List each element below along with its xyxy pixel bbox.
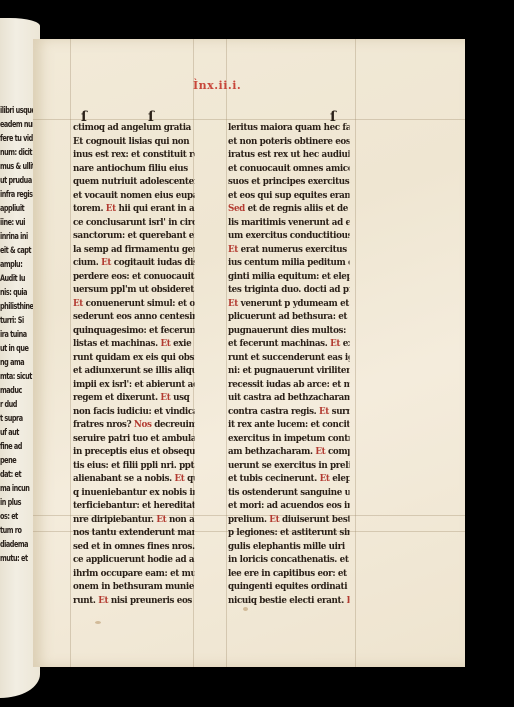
text-line: pugnauerunt dies multos:	[228, 324, 349, 338]
text-line: et fecerunt machinas. Et exie	[228, 337, 349, 351]
text-line: listas et machinas. Et exie	[73, 337, 194, 351]
text-line: seruire patri tuo et ambulare	[73, 432, 194, 446]
facing-page-line: fere tu vid	[0, 132, 30, 146]
facing-page-line: amplu:	[0, 258, 30, 272]
text-line: q inueniebantur ex nobis in	[73, 486, 194, 500]
text-line: Et erat numerus exercitus e	[228, 243, 349, 257]
text-line: ce conclusarunt isrl' in circuitu	[73, 216, 194, 230]
facing-page-line: dat: et	[0, 468, 30, 482]
text-line: p legiones: et astiterunt sin	[228, 526, 349, 540]
ruling-line	[33, 119, 465, 120]
text-line: ni: et pugnauerunt viriliter. Et	[228, 364, 349, 378]
text-line: in loricis concathenatis. et ga	[228, 553, 349, 567]
text-line: ctimoq ad angelum gratia	[73, 121, 194, 135]
facing-page-line: ut in que	[0, 342, 30, 356]
text-line: ginti milia equitum: et elephan	[228, 270, 349, 284]
text-line: Et conuenerunt simul: et ob	[73, 297, 194, 311]
text-line: et vocauit nomen eius eupa	[73, 189, 194, 203]
rubricated-initial: Et	[269, 514, 279, 525]
facing-page-line: uf aut	[0, 426, 30, 440]
rubricated-initial: Et	[156, 514, 166, 525]
rubricated-initial: Et	[228, 298, 238, 309]
text-column-left: ſ ſ ctimoq ad angelum gratiaEt cognouit …	[73, 121, 205, 607]
text-line: impii ex isrl': et abierunt ad	[73, 378, 194, 392]
text-line: plicuerunt ad bethsura: et	[228, 310, 349, 324]
text-line: nre diripiebantur. Et non ad	[73, 513, 194, 527]
text-line: quinquagesimo: et fecerunt ba	[73, 324, 194, 338]
facing-page-line: iine: vui	[0, 216, 30, 230]
text-line: perdere eos: et conuocauit uni	[73, 270, 194, 284]
text-line: inus est rex: et constituit reg	[73, 148, 194, 162]
facing-page-line: eadem nun	[0, 118, 30, 132]
text-line: et eos qui sup equites erant.	[228, 189, 349, 203]
text-line: quem nutriuit adolescentem:	[73, 175, 194, 189]
facing-page-line: ira tuina	[0, 328, 30, 342]
text-line: et tubis cecinerunt. Et elephan	[228, 472, 349, 486]
manuscript-leaf: Ìnx.ii.i. ſ ſ ctimoq ad angelum gratiaEt…	[33, 39, 465, 667]
facing-page-line: mus & ullit	[0, 160, 30, 174]
facing-page-line: in plus	[0, 496, 30, 510]
facing-page-line: infra regis	[0, 188, 30, 202]
text-line: ius centum milia peditum et vi	[228, 256, 349, 270]
facing-page-line: num: dicit	[0, 146, 30, 160]
facing-page-line: ilibri usque	[0, 104, 30, 118]
text-line: ihrlm occupare eam: et munit	[73, 567, 194, 581]
text-line: suos et principes exercitus sui:	[228, 175, 349, 189]
text-line: terficiebantur: et hereditates	[73, 499, 194, 513]
facing-page-line: mta: sicut	[0, 370, 30, 384]
facing-page-line: mutu: et	[0, 552, 30, 564]
rubricated-initial: Et	[73, 298, 83, 309]
text-line: runt et succenderunt eas ig	[228, 351, 349, 365]
text-line: Sed et de regnis aliis et de insu	[228, 202, 349, 216]
text-line: torem. Et hii qui erant in ar	[73, 202, 194, 216]
rubricated-initial: Et	[228, 244, 238, 255]
text-line: non facis iudiciu: et vindicas	[73, 405, 194, 419]
text-line: lee ere in capitibus eor: et	[228, 567, 349, 581]
text-line: cium. Et cogitauit iudas dis	[73, 256, 194, 270]
text-line: tis ostenderunt sanguine uue	[228, 486, 349, 500]
facing-page-line: fine ad	[0, 440, 30, 454]
rubricated-initial: Sed	[228, 203, 245, 214]
text-line: uerunt se exercitus in prelium:	[228, 459, 349, 473]
text-line: onem in bethsuram munie	[73, 580, 194, 594]
rubricated-initial: Et	[106, 203, 116, 214]
running-head: Ìnx.ii.i.	[193, 79, 241, 92]
rubricated-initial: Et	[319, 406, 329, 417]
text-line: contra castra regis. Et surrex	[228, 405, 349, 419]
rubricated-initial: Hii	[347, 595, 350, 606]
text-line: regem et dixerunt. Et usq	[73, 391, 194, 405]
ruling-line	[226, 39, 227, 667]
text-line: runt quidam ex eis qui obsidebant:	[73, 351, 194, 365]
text-line: exercitus in impetum contra vi	[228, 432, 349, 446]
rubricated-initial: Et	[101, 257, 111, 268]
text-line: alienabant se a nobis. Et quicu	[73, 472, 194, 486]
text-line: nicuiq bestie electi erant. Hii	[228, 594, 349, 608]
facing-page-line: pene	[0, 454, 30, 468]
rubricated-initial: Et	[315, 446, 325, 457]
text-line: prelium. Et diuiserunt bestias	[228, 513, 349, 527]
text-line: nos tantu extenderunt manu:	[73, 526, 194, 540]
text-line: lis maritimis venerunt ad eu	[228, 216, 349, 230]
text-line: ce applicuerunt hodie ad arce	[73, 553, 194, 567]
facing-page-line: appliuit	[0, 202, 30, 216]
rubricated-initial: Et	[320, 473, 330, 484]
rubricated-initial: Nos	[134, 419, 152, 430]
facing-page-line: eit & capt	[0, 244, 30, 258]
facing-page-line: tum ro	[0, 524, 30, 538]
text-line: sederunt eos anno centesimo	[73, 310, 194, 324]
facing-page-line: inrina ini	[0, 230, 30, 244]
text-line: et conuocauit omnes amicos	[228, 162, 349, 176]
text-line: tis eius: et filii ppli nri. ppter hec	[73, 459, 194, 473]
text-line: et non poteris obtinere eos. Et	[228, 135, 349, 149]
facing-page-line: diadema	[0, 538, 30, 552]
text-line: in preceptis eius et obsequi edic	[73, 445, 194, 459]
text-line: Et cognouit lisias qui non	[73, 135, 194, 149]
text-line: fratres nros? Nos decreuim'	[73, 418, 194, 432]
rubricated-initial: Et	[330, 338, 340, 349]
rubricated-initial: Et	[160, 338, 170, 349]
text-line: Et venerunt p ydumeam et ap	[228, 297, 349, 311]
text-line: iratus est rex ut hec audiuit:	[228, 148, 349, 162]
text-line: runt. Et nisi preuneris eos ce	[73, 594, 194, 608]
text-line: am bethzacharam. Et compara	[228, 445, 349, 459]
parchment-stain	[243, 607, 248, 611]
facing-page-line: turri: Si	[0, 314, 30, 328]
text-line: et adiunxerunt se illis aliqui	[73, 364, 194, 378]
text-line: it rex ante lucem: et concitauit	[228, 418, 349, 432]
text-line: la semp ad firmamentu gen	[73, 243, 194, 257]
facing-page-line: r dud	[0, 398, 30, 412]
rubricated-initial: Et	[160, 392, 170, 403]
parchment-stain	[95, 621, 101, 624]
text-line: et mori: ad acuendos eos in	[228, 499, 349, 513]
facing-page-line: ma incun	[0, 482, 30, 496]
facing-page-line: Audit Iu	[0, 272, 30, 286]
text-column-right: ſ leritus maiora quam hec facient:et non…	[228, 121, 360, 607]
facing-page-line: ng ama	[0, 356, 30, 370]
facing-page-line: maduc	[0, 384, 30, 398]
facing-page-line: ut prudua	[0, 174, 30, 188]
text-line: recessit iudas ab arce: et mo	[228, 378, 349, 392]
facing-page-line: philisthine	[0, 300, 30, 314]
text-line: um exercitus conductitious.	[228, 229, 349, 243]
text-line: sanctorum: et querebant ei ma	[73, 229, 194, 243]
text-line: nare antiochum filiu eius	[73, 162, 194, 176]
text-line: uit castra ad bethzacharam	[228, 391, 349, 405]
text-line: sed et in omnes fines nros. Et ec	[73, 540, 194, 554]
text-line: leritus maiora quam hec facient:	[228, 121, 349, 135]
rubricated-initial: Et	[174, 473, 184, 484]
facing-page-line: t supra	[0, 412, 30, 426]
rubricated-initial: Et	[98, 595, 108, 606]
text-line: tes triginta duo. docti ad preliu.	[228, 283, 349, 297]
facing-page-line: os: et	[0, 510, 30, 524]
text-line: gulis elephantis mille uiri	[228, 540, 349, 554]
text-line: uersum ppl'm ut obsideret eos.	[73, 283, 194, 297]
ruling-line	[70, 39, 71, 667]
facing-page-line: nis: quia	[0, 286, 30, 300]
text-line: quingenti equites ordinati v	[228, 580, 349, 594]
